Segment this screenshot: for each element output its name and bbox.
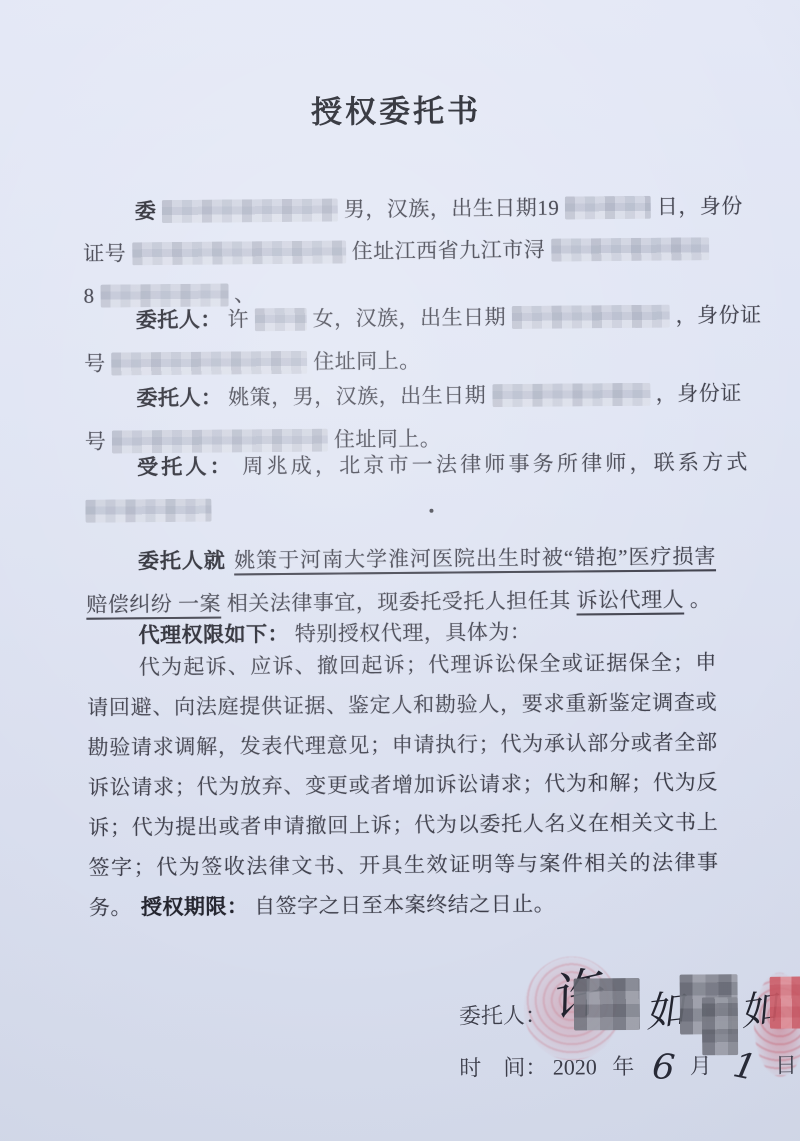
principal-2-line-1: 委托人： 许 女，汉族，出生日期 ，身份证	[84, 294, 714, 342]
day-unit: 日	[775, 1053, 797, 1078]
signature-label: 委托人：	[459, 1003, 547, 1029]
principal-3-line-1: 委托人： 姚策，男，汉族，出生日期 ，身份证	[84, 372, 714, 420]
principal-2-label: 委托人：	[136, 308, 222, 333]
attorney-paragraph: 受托人： 周兆成，北京市一法律师事务所律师，联系方式	[85, 441, 716, 532]
principal-3-line1-end: ，身份证	[656, 381, 742, 406]
redaction-mosaic	[492, 383, 650, 407]
document-photo: 授权委托书 委 男，汉族，出生日期19 日，身份 证号 住址江西省九江市浔 8 …	[0, 0, 800, 1141]
principal-1-line-1: 委 男，汉族，出生日期19 日，身份	[83, 185, 713, 232]
principal-2-line1-end: ，身份证	[675, 303, 761, 328]
redaction-mosaic	[111, 351, 307, 376]
signature-row: 委托人：	[459, 999, 547, 1031]
principal-2-paragraph: 委托人： 许 女，汉族，出生日期 ，身份证 号 住址同上。	[84, 294, 715, 385]
redaction-mosaic	[512, 305, 670, 329]
attorney-line-1: 受托人： 周兆成，北京市一法律师事务所律师，联系方式	[85, 441, 715, 489]
principal-2-after-name: 女，汉族，出生日期	[312, 305, 506, 331]
principal-1-line-2: 证号 住址江西省九江市浔	[83, 227, 713, 274]
term-line: 授权期限： 自签字之日至本案终结之日止。	[89, 881, 771, 929]
redaction-mosaic	[255, 308, 307, 331]
principal-1-line1-end: 日，身份	[657, 194, 743, 219]
redaction-mosaic-dark	[574, 978, 640, 1031]
principal-3-after-label: 姚策，男，汉族，出生日期	[228, 383, 486, 409]
power-of-attorney-document: 授权委托书 委 男，汉族，出生日期19 日，身份 证号 住址江西省九江市浔 8 …	[0, 0, 800, 1141]
principal-1-line2-mid: 住址江西省九江市浔	[352, 238, 546, 264]
month-unit: 月	[690, 1053, 712, 1078]
principal-1-after-name: 男，汉族，出生日期19	[344, 196, 560, 222]
scope-intro-text: 特别授权代理，具体为：	[295, 620, 532, 646]
redaction-mosaic	[132, 240, 346, 265]
doc-title: 授权委托书	[0, 83, 796, 135]
entrust-tail: 。	[690, 587, 712, 611]
redaction-mosaic-dark	[702, 997, 739, 1055]
principal-2-line2-end: 住址同上。	[313, 349, 421, 374]
date-row: 时 间： 2020 年 6 月 1 日	[459, 1049, 797, 1088]
scope-intro-label: 代理权限如下：	[138, 622, 289, 647]
principal-2-line2-lead: 号	[84, 352, 106, 376]
ink-dot	[429, 509, 433, 513]
attorney-label: 受托人：	[137, 454, 234, 479]
handwritten-month: 6	[650, 1050, 676, 1087]
redaction-mosaic	[162, 199, 338, 224]
year-unit: 年	[612, 1054, 634, 1079]
redaction-mosaic	[565, 196, 651, 220]
redaction-mosaic	[551, 237, 709, 261]
redaction-mosaic-red	[770, 976, 800, 1028]
redaction-mosaic	[85, 499, 211, 523]
time-label: 时 间：	[459, 1055, 547, 1081]
entrust-lead: 委托人就	[138, 548, 234, 573]
term-label: 授权期限：	[141, 894, 249, 919]
principal-3-label: 委托人：	[136, 386, 222, 411]
principal-2-surname: 许	[227, 307, 249, 331]
principal-1-lead: 委	[135, 199, 157, 223]
term-text: 自签字之日至本案终结之日止。	[254, 892, 555, 919]
principal-1-line2-lead: 证号	[83, 241, 126, 265]
date-year: 2020	[553, 1054, 597, 1079]
attorney-line-2	[85, 484, 715, 532]
attorney-text: 周兆成，北京市一法律师事务所律师，联系方式	[242, 450, 750, 478]
